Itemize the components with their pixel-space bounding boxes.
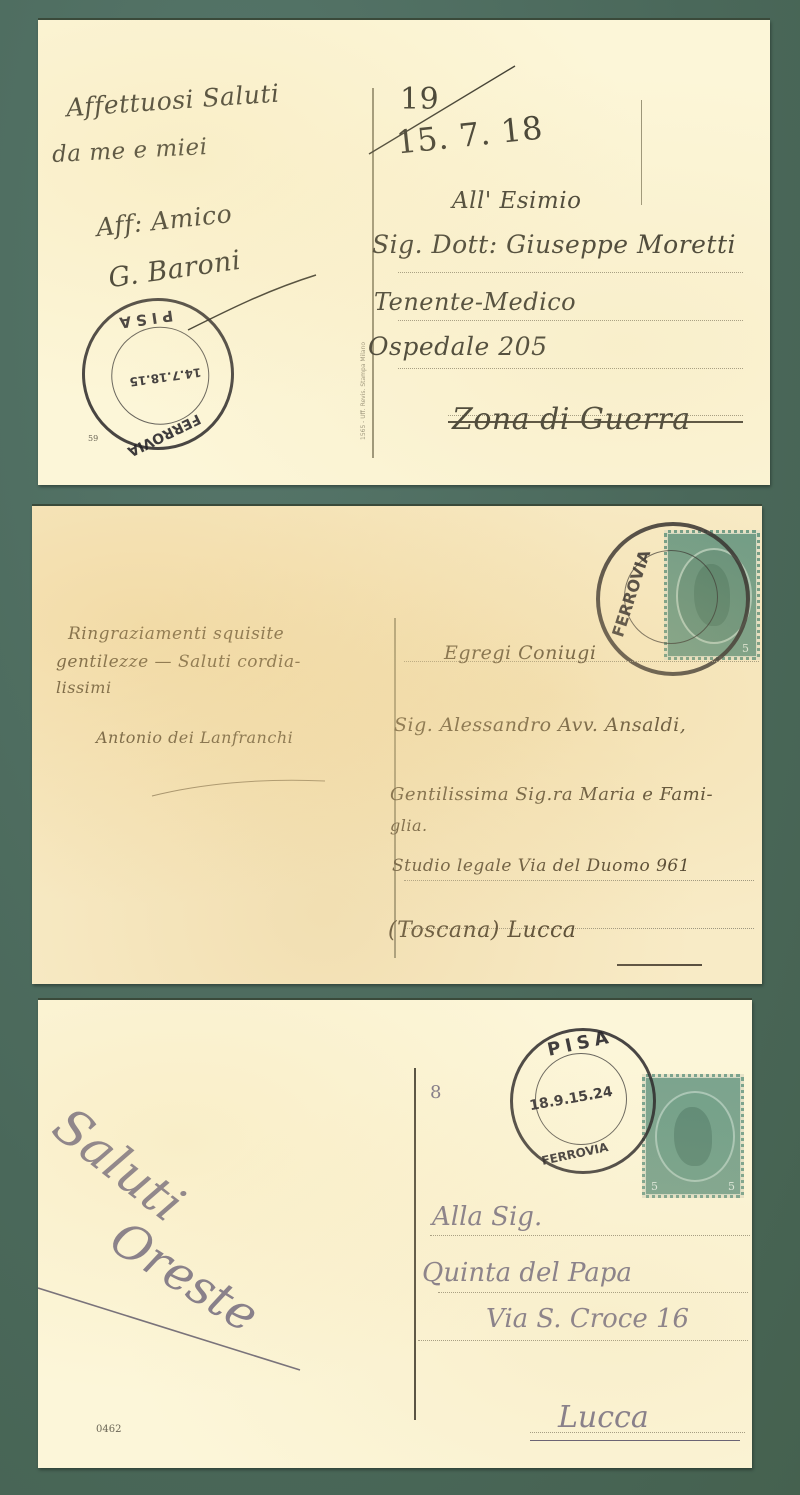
postage-stamp: 5 5	[642, 1074, 744, 1198]
address-line: Ospedale 205	[368, 332, 548, 361]
card-divider	[414, 1068, 416, 1420]
postcard-3: Saluti Oreste 0462 8 5 5 PISA 18.9.15.24…	[38, 1000, 752, 1468]
stamp-box-line	[641, 100, 642, 205]
address-line: Via S. Croce 16	[486, 1304, 689, 1334]
postcard-1: Affettuosi Saluti da me e miei Aff: Amic…	[38, 20, 770, 485]
pencil-underline	[38, 1240, 308, 1380]
address-line: (Toscana) Lucca	[388, 918, 576, 943]
underline	[617, 964, 702, 966]
address-line: Gentilissima Sig.ra Maria e Fami-	[390, 784, 713, 805]
message-line: Ringraziamenti squisite	[68, 624, 284, 644]
address-guideline	[398, 368, 743, 369]
address-guideline	[430, 1235, 750, 1236]
address-line: Sig. Dott: Giuseppe Moretti	[372, 230, 736, 259]
address-line: Alla Sig.	[432, 1202, 542, 1232]
message-line: Saluti	[42, 1096, 195, 1233]
printer-imprint: 1565 - Uff. Revis. Stampa Milano	[360, 342, 367, 440]
postmark-pisa-ferrovia: PISA 18.9.15.24 FERROVIA	[510, 1028, 656, 1174]
address-line: Zona di Guerra	[452, 402, 691, 437]
underline	[530, 1440, 740, 1441]
address-guideline	[398, 320, 743, 321]
signature-flourish	[150, 766, 330, 806]
address-line: Lucca	[558, 1400, 649, 1435]
address-line: Quinta del Papa	[422, 1258, 632, 1288]
address-guideline	[418, 1340, 748, 1341]
closing-text: Aff: Amico	[95, 199, 234, 242]
message-line: Affettuosi Saluti	[65, 79, 280, 123]
message-line: da me e miei	[51, 134, 208, 168]
message-line: gentilezze — Saluti cordia-	[56, 652, 301, 672]
postcard-2: Ringraziamenti squisite gentilezze — Sal…	[32, 506, 762, 984]
corner-number: 59	[88, 434, 98, 443]
address-line: glia.	[390, 816, 428, 835]
address-line: Sig. Alessandro Avv. Ansaldi,	[394, 714, 686, 736]
address-line: Tenente-Medico	[374, 288, 576, 316]
address-line: All' Esimio	[452, 188, 581, 214]
postmark-ferrovia: FERROVIA	[596, 522, 750, 676]
address-guideline	[398, 272, 743, 273]
signature: Antonio dei Lanfranchi	[96, 728, 293, 747]
address-guideline	[438, 1292, 748, 1293]
pencil-mark: 8	[430, 1082, 441, 1103]
address-line: Studio legale Via del Duomo 961	[392, 856, 690, 876]
address-line: Egregi Coniugi	[444, 642, 596, 664]
date-strike	[363, 62, 523, 162]
corner-number: 0462	[96, 1424, 121, 1435]
message-line: lissimi	[56, 678, 112, 697]
address-guideline	[404, 880, 754, 881]
